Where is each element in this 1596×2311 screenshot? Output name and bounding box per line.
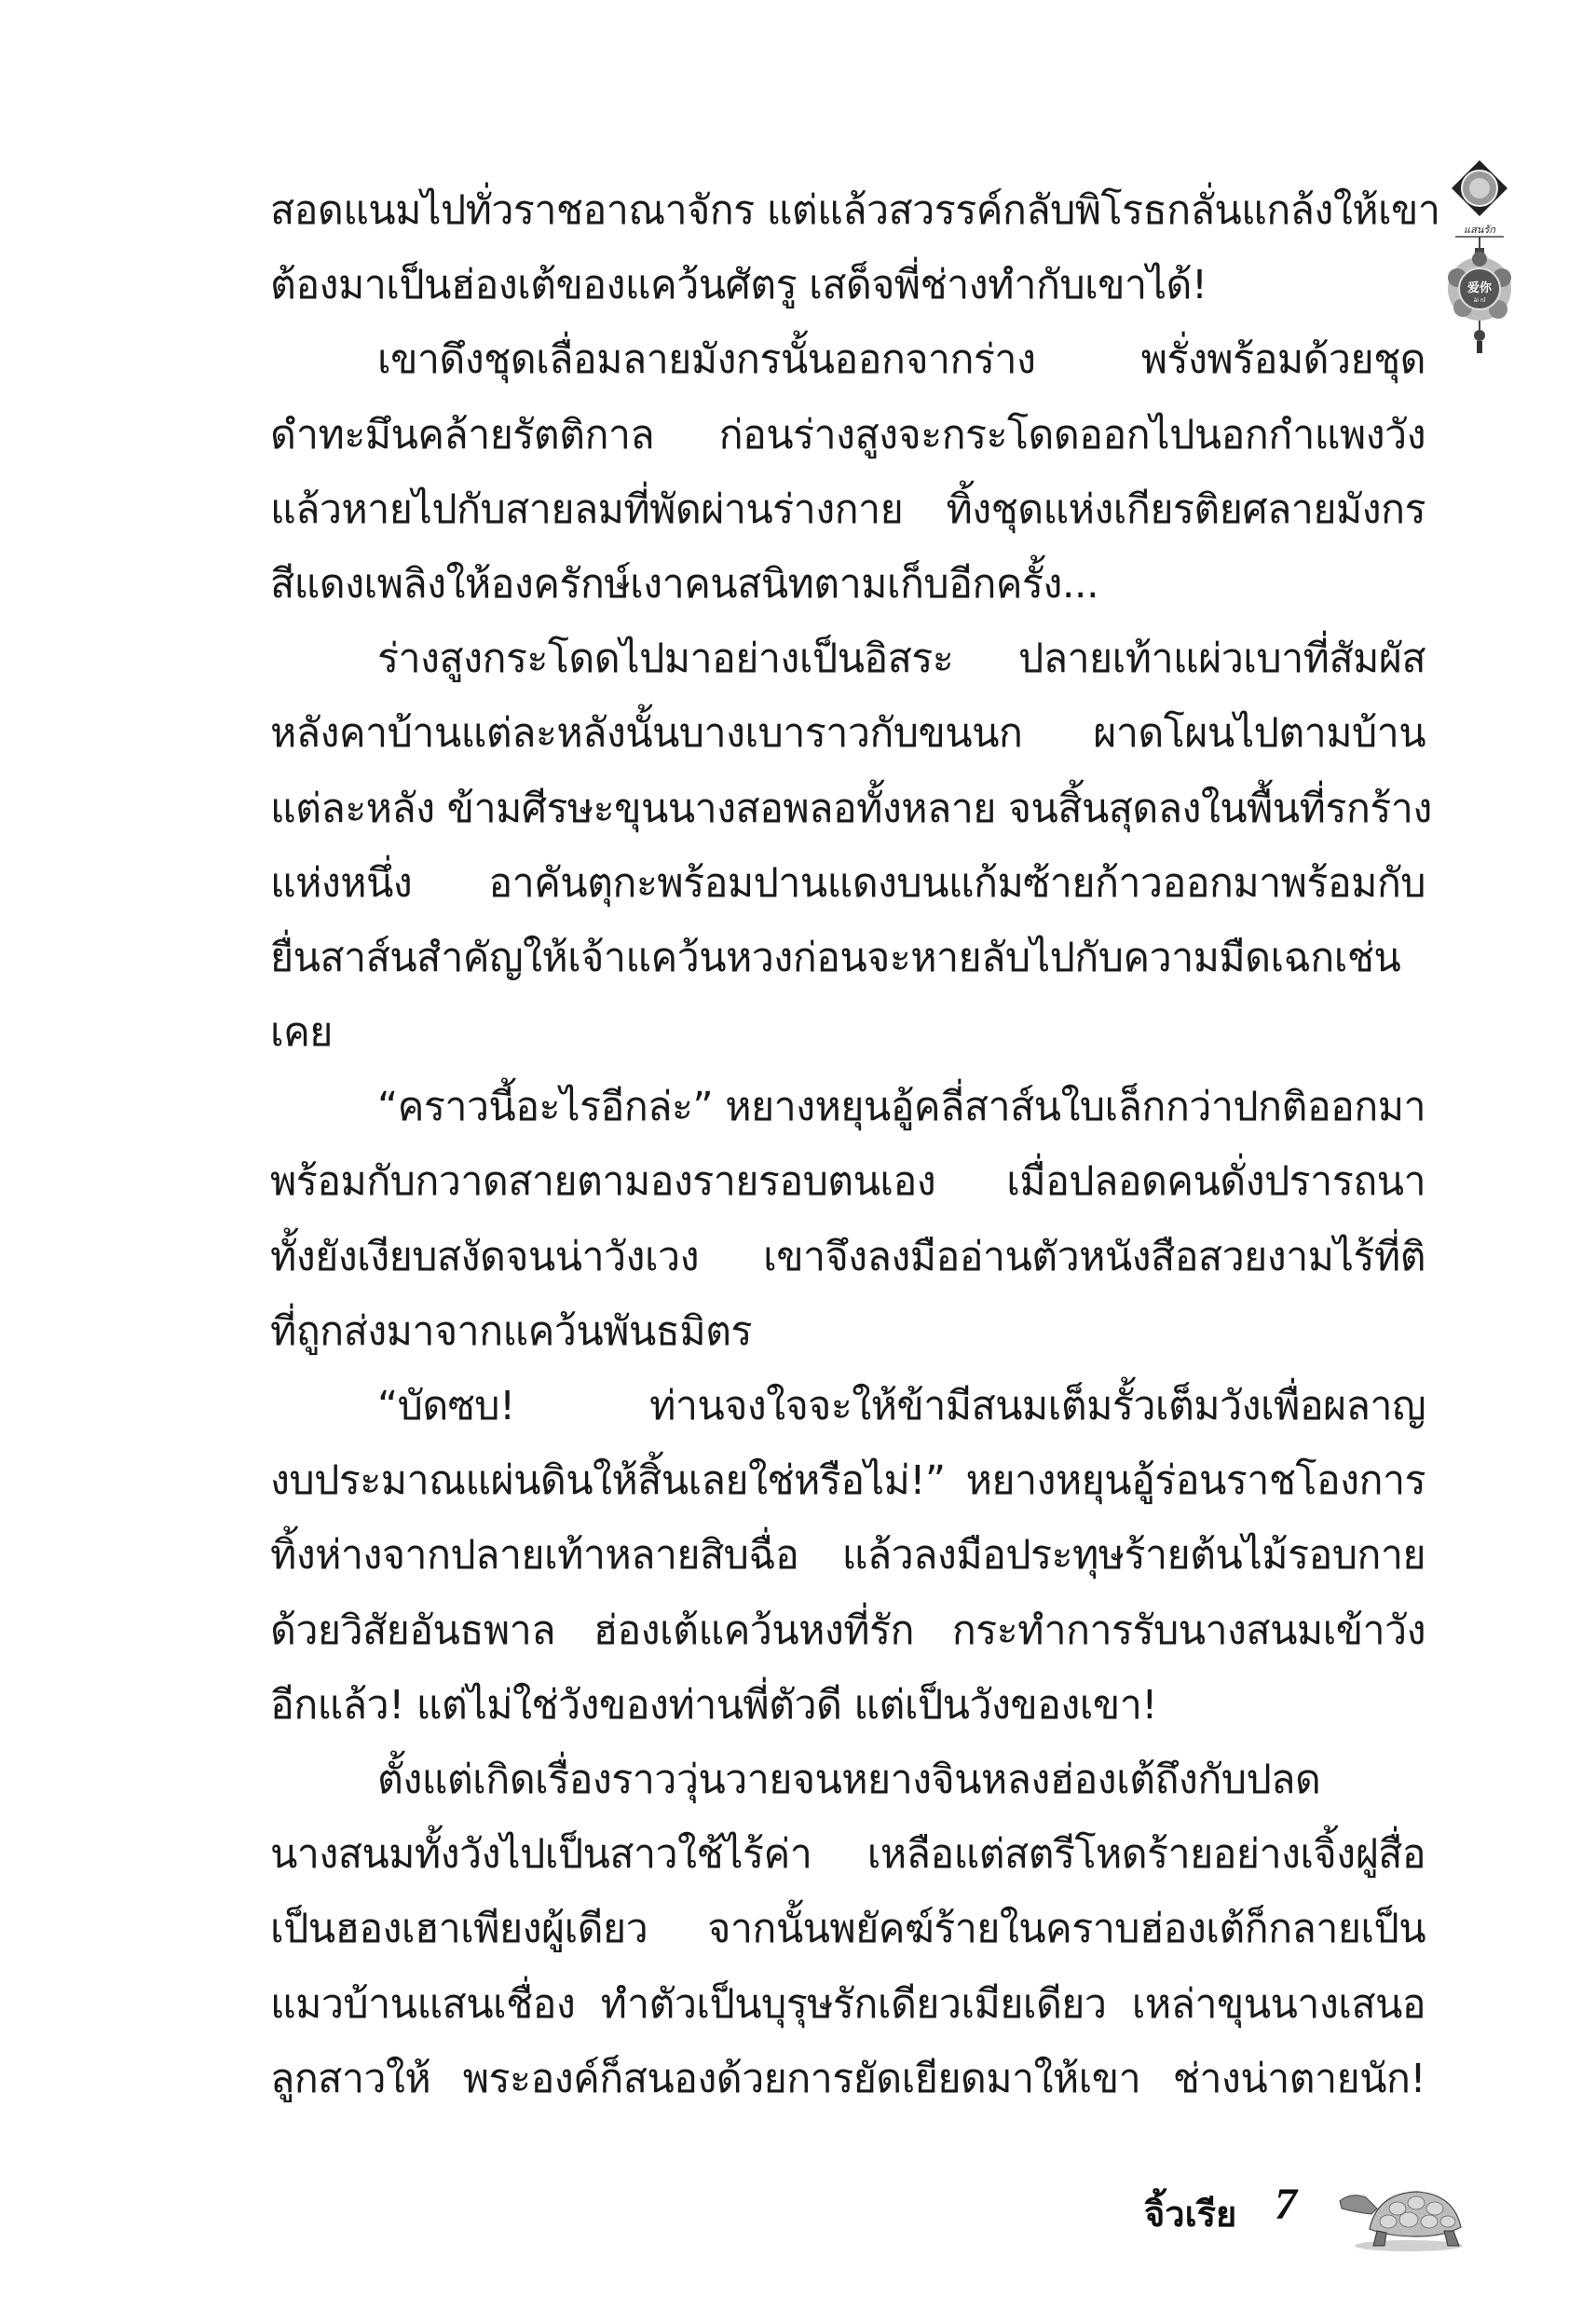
text-line: ที่ถูกส่งมาจากแคว้นพันธมิตร bbox=[270, 1294, 1425, 1369]
logo-title: แสนรัก bbox=[1464, 224, 1496, 236]
text-line: เขาดึงชุดเลื่อมลายมังกรนั้นออกจากร่าง พร… bbox=[270, 322, 1425, 397]
text-line: “คราวนี้อะไรอีกล่ะ” หยางหยุนอู้คลี่สาส์น… bbox=[270, 1070, 1425, 1144]
text-line: งบประมาณแผ่นดินให้สิ้นเลยใช่หรือไม่!” หย… bbox=[270, 1443, 1425, 1518]
logo-chinese-text: 爱你 bbox=[1466, 280, 1493, 295]
diamond-medallion-icon bbox=[1452, 160, 1507, 216]
body-text: สอดแนมไปทั่วราชอาณาจักร แต่แล้วสวรรค์กลั… bbox=[270, 173, 1425, 2116]
text-line: เคย bbox=[270, 995, 1425, 1070]
chinese-knot-ornament-icon: แสนรัก 爱你 ài nǐ bbox=[1442, 158, 1535, 354]
text-line: “บัดซบ! ท่านจงใจจะให้ข้ามีสนมเต็มรั้วเต็… bbox=[270, 1369, 1425, 1443]
text-line: แห่งหนึ่ง อาคันตุกะพร้อมปานแดงบนแก้มซ้าย… bbox=[270, 846, 1425, 921]
text-line: แต่ละหลัง ข้ามศีรษะขุนนางสอพลอทั้งหลาย จ… bbox=[270, 772, 1425, 846]
text-line: สอดแนมไปทั่วราชอาณาจักร แต่แล้วสวรรค์กลั… bbox=[270, 173, 1425, 248]
text-line: หลังคาบ้านแต่ละหลังนั้นบางเบาราวกับขนนก … bbox=[270, 696, 1425, 771]
text-line: ต้องมาเป็นฮ่องเต้ของแคว้นศัตรู เสด็จพี่ช… bbox=[270, 248, 1425, 322]
turtle-icon bbox=[1332, 2181, 1472, 2255]
text-line: เป็นฮองเฮาเพียงผู้เดียว จากนั้นพยัคฆ์ร้า… bbox=[270, 1892, 1425, 1966]
book-title: จิ้วเรีย bbox=[1144, 2185, 1236, 2242]
text-line: ด้วยวิสัยอันธพาล ฮ่องเต้แคว้นหงที่รัก กร… bbox=[270, 1593, 1425, 1668]
text-line: ทั้งยังเงียบสงัดจนน่าวังเวง เขาจึงลงมืออ… bbox=[270, 1220, 1425, 1294]
text-line: นางสนมทั้งวังไปเป็นสาวใช้ไร้ค่า เหลือแต่… bbox=[270, 1817, 1425, 1892]
text-line: แมวบ้านแสนเชื่อง ทำตัวเป็นบุรุษรักเดียวเ… bbox=[270, 1967, 1425, 2042]
text-line: พร้อมกับกวาดสายตามองรายรอบตนเอง เมื่อปลอ… bbox=[270, 1144, 1425, 1219]
text-line: ดำทะมึนคล้ายรัตติกาล ก่อนร่างสูงจะกระโดด… bbox=[270, 398, 1425, 472]
book-page: สอดแนมไปทั่วราชอาณาจักร แต่แล้วสวรรค์กลั… bbox=[0, 0, 1596, 2311]
logo-pinyin-text: ài nǐ bbox=[1474, 297, 1486, 304]
text-line: ตั้งแต่เกิดเรื่องราววุ่นวายจนหยางจินหลงฮ… bbox=[270, 1743, 1425, 1817]
text-line: อีกแล้ว! แต่ไม่ใช่วังของท่านพี่ตัวดี แต่… bbox=[270, 1668, 1425, 1743]
text-line: สีแดงเพลิงให้องครักษ์เงาคนสนิทตามเก็บอีก… bbox=[270, 547, 1425, 622]
page-number: 7 bbox=[1275, 2179, 1297, 2230]
text-line: ยื่นสาส์นสำคัญให้เจ้าแคว้นหวงก่อนจะหายลั… bbox=[270, 921, 1425, 995]
text-line: ร่างสูงกระโดดไปมาอย่างเป็นอิสระ ปลายเท้า… bbox=[270, 622, 1425, 696]
text-line: ลูกสาวให้ พระองค์ก็สนองด้วยการยัดเยียดมา… bbox=[270, 2042, 1425, 2116]
text-line: ทิ้งห่างจากปลายเท้าหลายสิบฉื่อ แล้วลงมือ… bbox=[270, 1518, 1425, 1593]
text-line: แล้วหายไปกับสายลมที่พัดผ่านร่างกาย ทิ้งช… bbox=[270, 472, 1425, 547]
